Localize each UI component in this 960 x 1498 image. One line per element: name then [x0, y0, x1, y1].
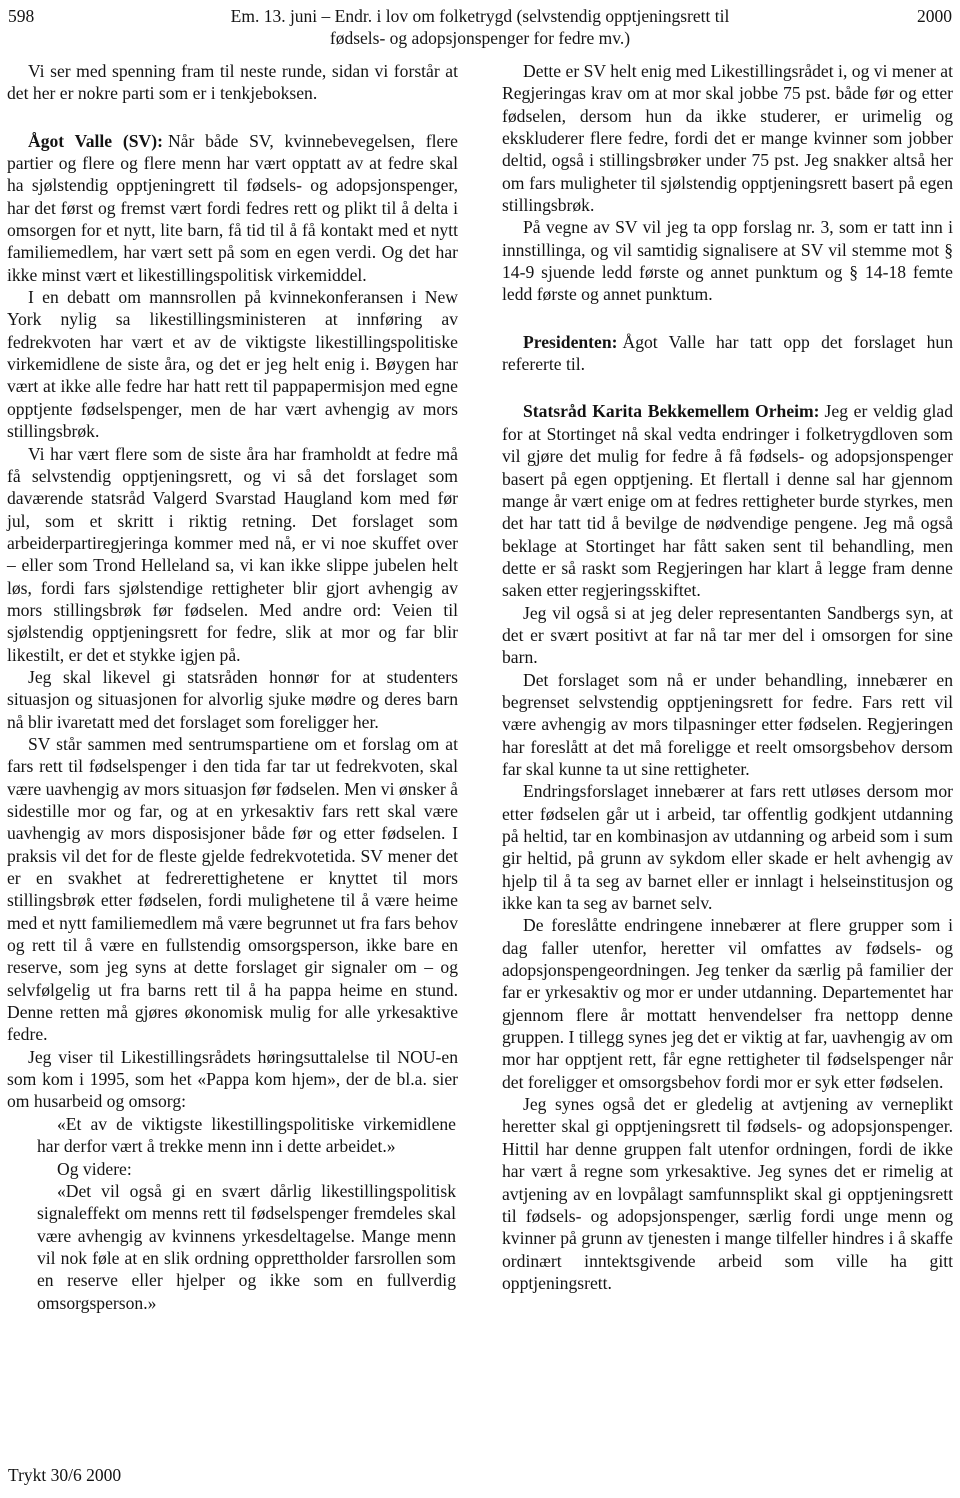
speaker-name: Ågot Valle (SV):	[28, 131, 168, 151]
document-page: 598 Em. 13. juni – Endr. i lov om folket…	[0, 0, 960, 1498]
paragraph: Jeg viser til Likestillingsrådets høring…	[7, 1046, 458, 1113]
paragraph: Dette er SV helt enig med Likestillingsr…	[502, 60, 953, 216]
print-note: Trykt 30/6 2000	[8, 1465, 121, 1486]
paragraph: «Et av de viktigste likestillingspolitis…	[37, 1113, 456, 1158]
paragraph: Det forslaget som nå er under behandling…	[502, 669, 953, 781]
right-column: Dette er SV helt enig med Likestillingsr…	[502, 60, 953, 1314]
paragraph: Og videre:	[37, 1158, 458, 1180]
running-title: Em. 13. juni – Endr. i lov om folketrygd…	[78, 6, 882, 49]
paragraph: I en debatt om mannsrollen på kvinnekonf…	[7, 286, 458, 442]
paragraph: Vi ser med spenning fram til neste runde…	[7, 60, 458, 105]
paragraph: Endringsforslaget innebærer at fars rett…	[502, 780, 953, 914]
paragraph: På vegne av SV vil jeg ta opp forslag nr…	[502, 216, 953, 305]
speech-paragraph: Statsråd Karita Bekkemellem Orheim:Jeg e…	[502, 400, 953, 601]
page-number: 598	[8, 6, 78, 28]
speaker-name: Statsråd Karita Bekkemellem Orheim:	[523, 401, 825, 421]
left-column: Vi ser med spenning fram til neste runde…	[7, 60, 458, 1314]
page-year: 2000	[882, 6, 952, 28]
paragraph: Vi har vært flere som de siste åra har f…	[7, 443, 458, 666]
running-header: 598 Em. 13. juni – Endr. i lov om folket…	[0, 0, 960, 49]
speech-paragraph: Ågot Valle (SV):Når både SV, kvinnebeveg…	[7, 130, 458, 286]
paragraph: Jeg vil også si at jeg deler representan…	[502, 602, 953, 669]
paragraph: «Det vil også gi en svært dårlig likesti…	[37, 1180, 456, 1314]
paragraph: Jeg synes også det er gledelig at avtjen…	[502, 1093, 953, 1294]
speaker-name: Presidenten:	[523, 332, 622, 352]
two-column-body: Vi ser med spenning fram til neste runde…	[0, 49, 960, 1314]
speech-paragraph: Presidenten:Ågot Valle har tatt opp det …	[502, 331, 953, 376]
paragraph: SV står sammen med sentrumspartiene om e…	[7, 733, 458, 1046]
running-title-line2: fødsels- og adopsjonspenger for fedre mv…	[78, 28, 882, 50]
paragraph: De foreslåtte endringene innebærer at fl…	[502, 914, 953, 1093]
paragraph: Jeg skal likevel gi statsråden honnør fo…	[7, 666, 458, 733]
running-title-line1: Em. 13. juni – Endr. i lov om folketrygd…	[78, 6, 882, 28]
